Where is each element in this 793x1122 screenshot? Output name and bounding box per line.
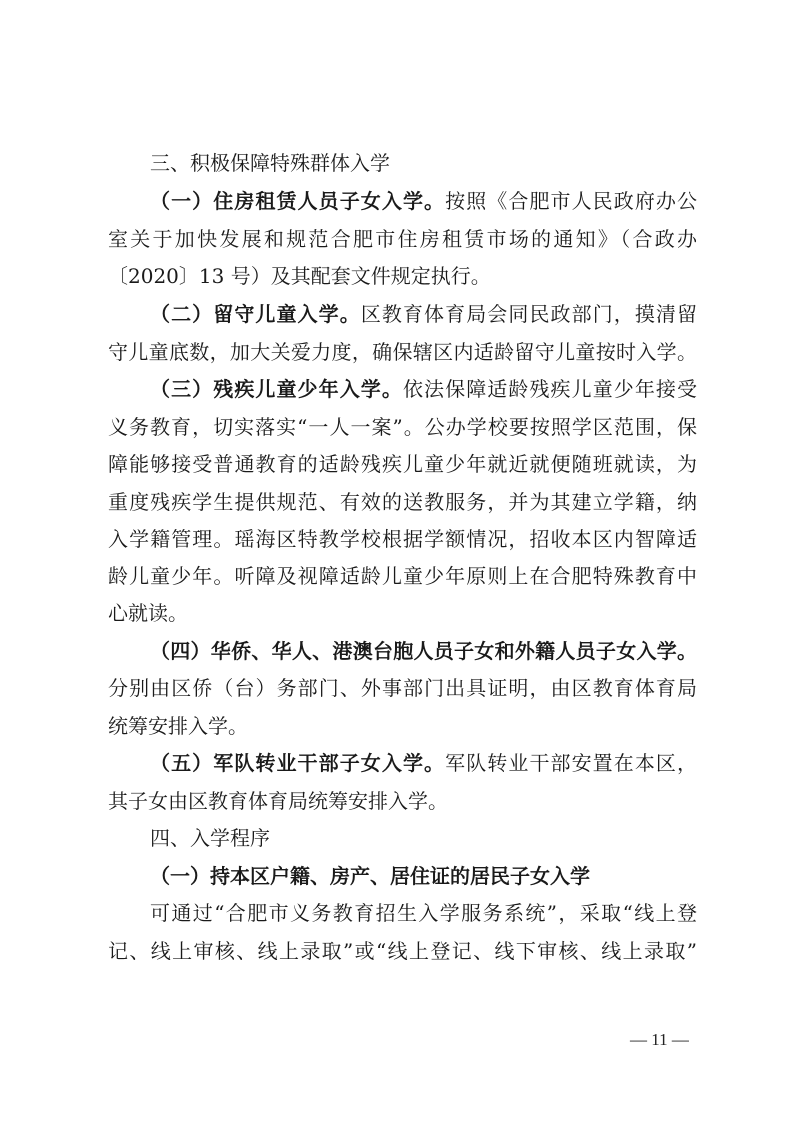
document-page: 三、积极保障特殊群体入学 （一）住房租赁人员子女入学。按照《合肥市人民政府办公 … [0, 0, 793, 1122]
heading-text: 三、积极保障特殊群体入学 [150, 151, 390, 175]
body-text: 义务教育，切实落实“一人一案”。公办学校要按照学区范围，保 [108, 415, 697, 439]
body-text: 记、线上审核、线上录取”或“线上登记、线下审核、线上录取” [108, 939, 697, 963]
paragraph-line: 记、线上审核、线上录取”或“线上登记、线下审核、线上录取” [108, 936, 697, 966]
paragraph-line: 义务教育，切实落实“一人一案”。公办学校要按照学区范围，保 [108, 412, 697, 442]
paragraph-line: （三）残疾儿童少年入学。依法保障适龄残疾儿童少年接受 [150, 374, 697, 404]
paragraph-line: 分别由区侨（台）务部门、外事部门出具证明，由区教育体育局 [108, 673, 697, 703]
body-text: 分别由区侨（台）务部门、外事部门出具证明，由区教育体育局 [108, 676, 697, 700]
subheading-text: （一）住房租赁人员子女入学。 [150, 189, 445, 213]
body-text: 入学籍管理。瑶海区特教学校根据学额情况，招收本区内智障适 [108, 527, 697, 551]
body-text: 可通过“合肥市义务教育招生入学服务系统”，采取“线上登 [150, 901, 697, 925]
paragraph-line: 室关于加快发展和规范合肥市住房租赁市场的通知》（合政办 [108, 224, 697, 254]
body-text: 按照《合肥市人民政府办公 [445, 189, 697, 213]
paragraph-line: 其子女由区教育体育局统筹安排入学。 [108, 786, 697, 816]
subheading-text: （二）留守儿童入学。 [150, 302, 361, 326]
body-text: 龄儿童少年。听障及视障适龄儿童少年原则上在合肥特殊教育中 [108, 564, 697, 588]
body-text: 心就读。 [108, 601, 188, 625]
paragraph-line: 入学籍管理。瑶海区特教学校根据学额情况，招收本区内智障适 [108, 524, 697, 554]
paragraph-line: （一）住房租赁人员子女入学。按照《合肥市人民政府办公 [150, 186, 697, 216]
body-text: 重度残疾学生提供规范、有效的送教服务，并为其建立学籍，纳 [108, 490, 697, 514]
paragraph-line: （四）华侨、华人、港澳台胞人员子女和外籍人员子女入学。 [150, 636, 697, 666]
page-number: — 11 — [630, 1030, 689, 1050]
body-text: 依法保障适龄残疾儿童少年接受 [403, 377, 697, 401]
subheading-text: （四）华侨、华人、港澳台胞人员子女和外籍人员子女入学。 [150, 639, 697, 663]
paragraph-line: 守儿童底数，加大关爱力度，确保辖区内适龄留守儿童按时入学。 [108, 337, 697, 367]
section-heading-3: 三、积极保障特殊群体入学 [150, 148, 697, 178]
paragraph-line: （五）军队转业干部子女入学。军队转业干部安置在本区， [150, 748, 697, 778]
paragraph-line: （二）留守儿童入学。区教育体育局会同民政部门，摸清留 [150, 299, 697, 329]
subheading-text: （五）军队转业干部子女入学。 [150, 751, 445, 775]
body-text: 统筹安排入学。 [108, 714, 248, 738]
subheading-text: （三）残疾儿童少年入学。 [150, 377, 403, 401]
paragraph-line: 〔2020〕13 号）及其配套文件规定执行。 [108, 261, 697, 291]
subheading-text: （一）持本区户籍、房产、居住证的居民子女入学 [150, 864, 590, 888]
body-text: 区教育体育局会同民政部门，摸清留 [361, 302, 697, 326]
body-text: 守儿童底数，加大关爱力度，确保辖区内适龄留守儿童按时入学。 [108, 340, 697, 364]
body-text: 室关于加快发展和规范合肥市住房租赁市场的通知》（合政办 [108, 227, 697, 251]
paragraph-line: （一）持本区户籍、房产、居住证的居民子女入学 [150, 861, 697, 891]
paragraph-line: 重度残疾学生提供规范、有效的送教服务，并为其建立学籍，纳 [108, 487, 697, 517]
paragraph-line: 心就读。 [108, 598, 697, 628]
paragraph-line: 统筹安排入学。 [108, 711, 697, 741]
body-text: 障能够接受普通教育的适龄残疾儿童少年就近就便随班就读，为 [108, 452, 697, 476]
body-text: 其子女由区教育体育局统筹安排入学。 [108, 789, 448, 813]
heading-text: 四、入学程序 [150, 826, 270, 850]
paragraph-line: 龄儿童少年。听障及视障适龄儿童少年原则上在合肥特殊教育中 [108, 561, 697, 591]
body-text: 军队转业干部安置在本区， [445, 751, 697, 775]
body-text: 〔2020〕13 号）及其配套文件规定执行。 [108, 264, 491, 288]
paragraph-line: 可通过“合肥市义务教育招生入学服务系统”，采取“线上登 [150, 898, 697, 928]
paragraph-line: 障能够接受普通教育的适龄残疾儿童少年就近就便随班就读，为 [108, 449, 697, 479]
section-heading-4: 四、入学程序 [150, 823, 697, 853]
